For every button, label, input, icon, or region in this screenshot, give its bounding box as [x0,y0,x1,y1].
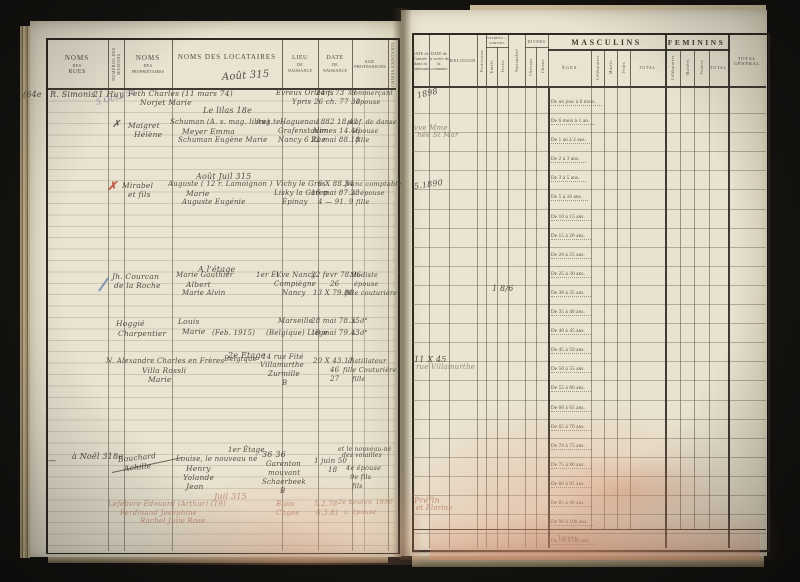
column-line [318,90,319,551]
age-bracket-row: De 80 à 85 ans. [412,477,766,496]
age-bracket-label: De 20 à 25 ans. [551,253,591,259]
column-line [680,88,681,529]
header-fem-total: TOTAL [709,49,730,86]
age-bracket-row: De 65 à 70 ans. [412,420,766,439]
age-bracket-row: De 5 à 10 ans. [412,190,766,209]
header-numeros-maisons: NUMÉROS DES MAISONS [108,40,125,88]
age-bracket-label: De 50 à 55 ans. [551,367,591,373]
column-line [477,88,478,548]
column-line [548,88,550,548]
age-bracket-label: De 55 à 60 ans. [551,386,591,392]
column-line [630,88,631,529]
totaux-label: Totaux [558,536,578,541]
age-bracket-row: De 75 à 80 ans. [412,458,766,477]
age-bracket-row: De 60 à 65 ans. [412,401,766,420]
age-bracket-label: De 10 à 15 ans. [551,215,591,221]
age-bracket-row: De 85 à 90 ans. [412,496,766,515]
header-date-naissance: DATE DE NAISSANCE [318,40,353,88]
age-bracket-row: De un jour à 6 mois. [412,95,766,114]
column-line [604,88,605,529]
header-masc-maries: Mariés [604,49,618,86]
age-bracket-row: De 70 à 75 ans. [412,439,766,458]
column-line [486,88,487,548]
header-masc-celibataires: Célibataires [591,49,605,86]
header-masc-veufs: Veufs [617,49,631,86]
age-bracket-label: De 75 à 80 ans. [551,463,591,469]
column-line [172,90,173,551]
age-bracket-row: De 45 à 50 ans. [412,343,766,362]
age-bracket-label: De 2 à 3 ans. [551,157,586,163]
header-ages: ÂGES [548,49,592,86]
header-masc-total: TOTAL [630,49,667,86]
age-bracket-row: De 6 mois à 1 an. [412,114,766,133]
header-divider [46,88,396,90]
age-bracket-row: De 2 à 3 ans. [412,152,766,171]
age-bracket-label: De 25 à 30 ans. [551,272,591,278]
column-line [429,88,430,548]
age-bracket-row: De 30 à 35 ans. [412,286,766,305]
column-line [728,88,730,548]
column-line [709,88,710,529]
book-page-edges-left [20,26,30,558]
age-bracket-label: De 6 mois à 1 an. [551,119,595,125]
age-bracket-row: De 15 à 20 ans. [412,229,766,248]
age-bracket-label: De 15 à 20 ans. [551,234,591,240]
header-date-sortie: DATE de la sortie de la commune [429,35,450,86]
column-line [694,88,695,529]
label: NOMS [65,54,89,62]
age-bracket-row: De 3 à 5 ans. [412,171,766,190]
book-page-edges-bottom-right [412,556,764,567]
column-line [124,90,125,551]
column-line [508,88,509,548]
age-bracket-label: De 80 à 85 ans. [551,482,591,488]
age-bracket-row: De 10 à 15 ans. [412,210,766,229]
age-bracket-row: De 50 à 55 ans. [412,362,766,381]
age-bracket-label: De 3 à 5 ans. [551,176,586,182]
age-bracket-row: De 40 à 45 ans. [412,324,766,343]
column-line [665,88,667,548]
age-bracket-label: De 70 à 75 ans. [551,444,591,450]
header-age-professions: AGE. PROFESSIONS [352,40,389,88]
header-divider [412,86,766,88]
age-bracket-row: De 55 à 60 ans. [412,381,766,400]
column-line [388,90,389,551]
column-line [352,90,353,551]
column-line [108,90,109,551]
column-line [525,88,526,548]
header-noms-rues: NOMS DES RUES [46,40,109,88]
age-bracket-label: De 45 à 50 ans. [551,348,591,354]
left-table-frame [46,38,400,554]
age-bracket-label: De 35 à 40 ans. [551,310,591,316]
age-bracket-rows: De un jour à 6 mois.De 6 mois à 1 an.De … [412,95,766,553]
book-page-edges-bottom-left [48,557,388,563]
age-bracket-label: De 60 à 65 ans. [551,406,591,412]
column-line [591,88,592,529]
column-line [497,88,498,548]
column-line [617,88,618,529]
age-bracket-label: De 5 à 10 ans. [551,195,588,201]
age-bracket-row: De 35 à 40 ans. [412,305,766,324]
column-line [364,90,365,551]
photograph-of-register-spread: { "colors":{"background":"#151310","pape… [0,0,800,582]
age-bracket-row: De 20 à 25 ans. [412,248,766,267]
header-lieu-naissance: LIEU DE NAISSANCE [282,40,319,88]
header-date-entree: DATE de l'entrée dans la commune [412,35,430,86]
right-page: DATE de l'entrée dans la commune DATE de… [401,10,767,556]
age-bracket-label: De 65 à 70 ans. [551,425,591,431]
age-bracket-label: De 30 à 35 ans. [551,291,591,297]
age-bracket-label: De 1 an à 2 ans. [551,138,592,144]
age-bracket-label: De 90 à 100 ans. [551,520,594,526]
age-bracket-label: De 85 à 90 ans. [551,501,591,507]
header-religion: RELIGION [449,35,478,86]
header-nationalite: Nationalité [508,35,526,86]
header-fem-mariees: Mariées [680,49,695,86]
column-line [449,88,450,548]
header-noms-proprietaires: NOMS DES PROPRIÉTAIRES [124,40,173,88]
column-line [282,90,283,551]
totaux-row: Totaux [412,529,766,549]
header-fem-veuves: Veuves [694,49,710,86]
age-bracket-label: De un jour à 6 mois. [551,100,602,106]
age-bracket-row: De 25 à 30 ans. [412,267,766,286]
book-gutter-shadow [392,8,412,558]
left-page: NOMS DES RUES NUMÉROS DES MAISONS NOMS D… [30,21,401,557]
age-bracket-label: De 40 à 45 ans. [551,329,591,335]
header-total-general: TOTAL GÉNÉRAL [728,35,766,86]
age-bracket-row: De 1 an à 2 ans. [412,133,766,152]
column-line [536,88,537,548]
header-noms-locataires: NOMS DES LOCATAIRES [172,40,283,88]
header-fem-celibataires: Célibataires [665,49,681,86]
